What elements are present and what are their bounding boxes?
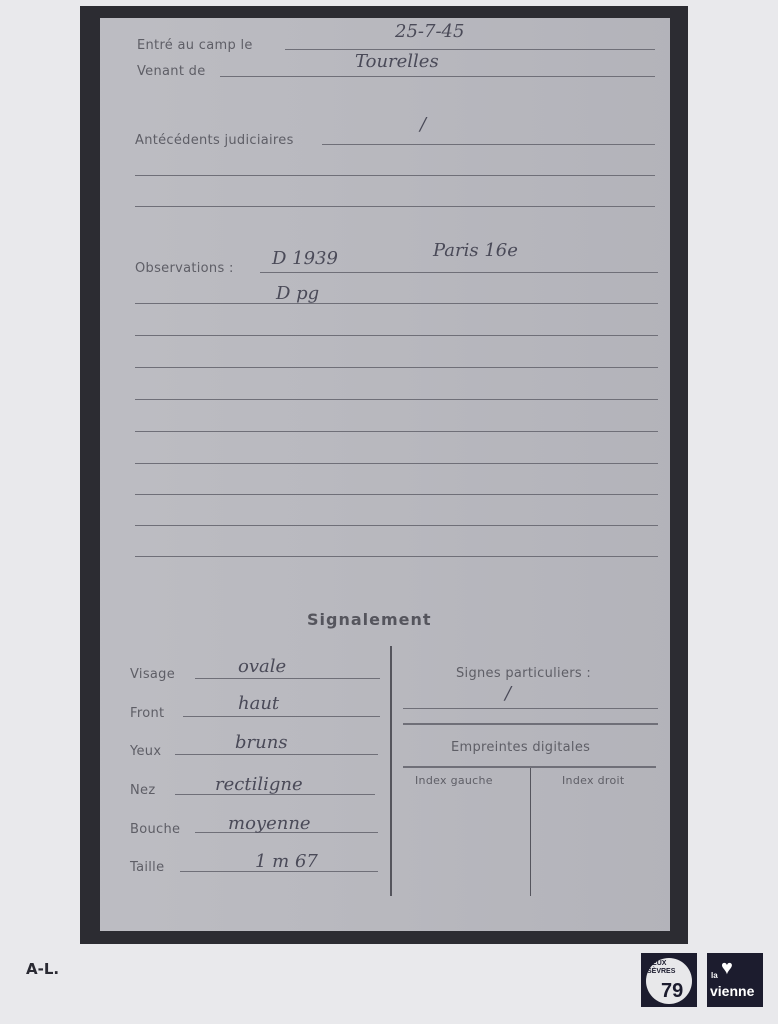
blank-line xyxy=(135,175,655,176)
signalement-title: Signalement xyxy=(307,610,432,629)
entry-date-label: Entré au camp le xyxy=(137,38,253,53)
signes-line xyxy=(403,708,658,709)
section-divider xyxy=(390,646,392,896)
index-gauche-label: Index gauche xyxy=(415,774,493,787)
front-value: haut xyxy=(238,693,279,714)
visage-value: ovale xyxy=(238,656,286,677)
front-line xyxy=(183,716,380,717)
logo-text: DEUX xyxy=(647,960,666,967)
observations-value-1: D 1939 xyxy=(272,248,338,269)
blank-line xyxy=(135,556,658,557)
nez-value: rectiligne xyxy=(215,774,303,795)
criminal-record-line xyxy=(322,144,655,145)
empreintes-label: Empreintes digitales xyxy=(451,740,590,755)
blank-line xyxy=(135,463,658,464)
yeux-line xyxy=(175,754,378,755)
visage-label: Visage xyxy=(130,667,175,682)
yeux-value: bruns xyxy=(235,732,288,753)
caption: A-L. xyxy=(26,960,59,978)
blank-line xyxy=(135,367,658,368)
prisoner-record-card: Entré au camp le 25-7-45 Venant de Toure… xyxy=(100,18,670,931)
taille-value: 1 m 67 xyxy=(255,851,318,872)
logo-name: vienne xyxy=(710,983,754,999)
front-label: Front xyxy=(130,706,164,721)
origin-label: Venant de xyxy=(137,64,206,79)
logo-prefix: la xyxy=(711,971,718,980)
blank-line xyxy=(135,525,658,526)
blank-line xyxy=(135,399,658,400)
index-droit-label: Index droit xyxy=(562,774,624,787)
taille-label: Taille xyxy=(130,860,164,875)
entry-date-value: 25-7-45 xyxy=(395,21,464,42)
observations-line xyxy=(135,303,658,304)
deux-sevres-logo: DEUX SÈVRES 79 xyxy=(641,953,697,1007)
heart-icon: ♥ xyxy=(721,957,733,980)
blank-line xyxy=(135,494,658,495)
origin-line xyxy=(220,76,655,77)
signes-line-bold xyxy=(403,723,658,725)
observations-line xyxy=(260,272,658,273)
blank-line xyxy=(135,335,658,336)
origin-value: Tourelles xyxy=(355,51,439,72)
signes-label: Signes particuliers : xyxy=(456,666,591,681)
index-divider xyxy=(530,768,531,896)
logo-text: SÈVRES xyxy=(647,968,675,975)
blank-line xyxy=(135,206,655,207)
observations-value-3: D pg xyxy=(276,283,319,304)
observations-value-2: Paris 16e xyxy=(433,240,518,261)
yeux-label: Yeux xyxy=(130,744,161,759)
visage-line xyxy=(195,678,380,679)
entry-date-line xyxy=(285,49,655,50)
bouche-value: moyenne xyxy=(228,813,311,834)
la-vienne-logo: ♥ la vienne xyxy=(707,953,763,1007)
logo-number: 79 xyxy=(661,980,683,1003)
blank-line xyxy=(135,431,658,432)
observations-label: Observations : xyxy=(135,261,234,276)
criminal-record-value: / xyxy=(420,114,426,135)
signes-value: / xyxy=(505,683,511,704)
criminal-record-label: Antécédents judiciaires xyxy=(135,133,294,148)
bouche-label: Bouche xyxy=(130,822,180,837)
nez-label: Nez xyxy=(130,783,155,798)
